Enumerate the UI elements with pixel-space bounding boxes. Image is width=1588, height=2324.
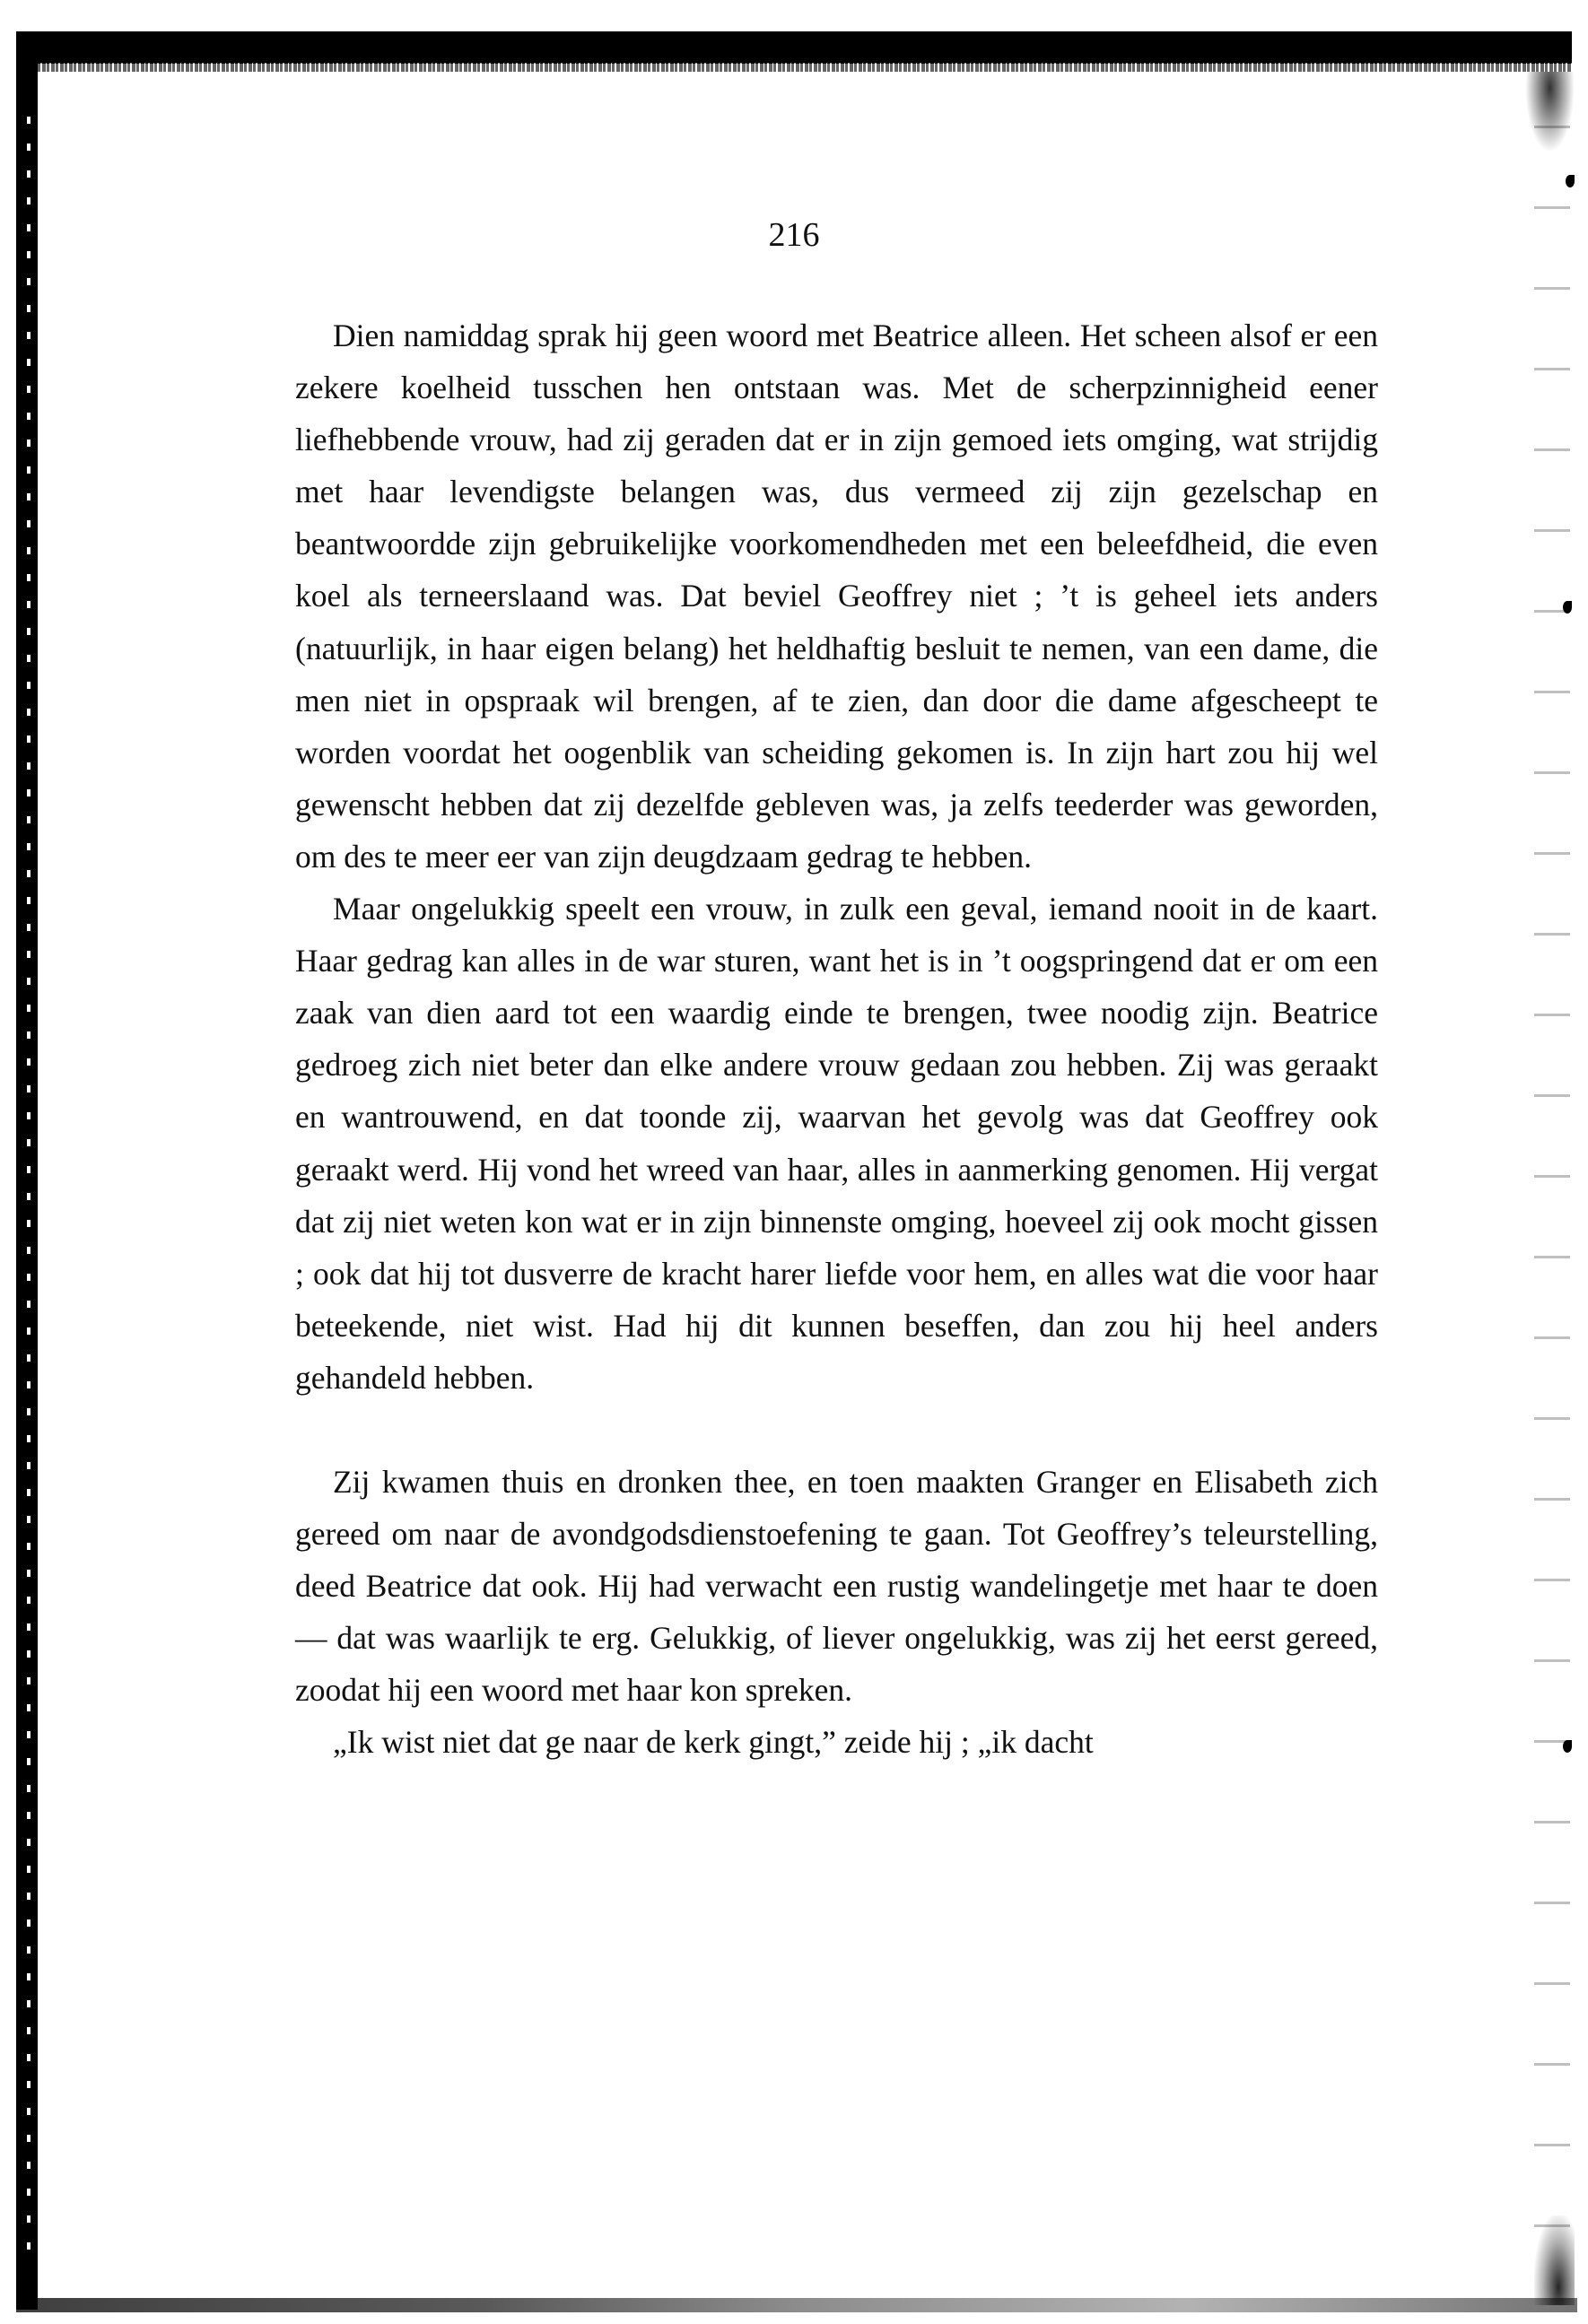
scan-border-top: [16, 31, 1572, 64]
paragraph: Maar ongelukkig speelt een vrouw, in zul…: [295, 883, 1378, 1404]
scan-noise-right: [1534, 90, 1570, 2305]
scan-corner-smudge-bottom: [1534, 2215, 1575, 2305]
margin-mark: [1563, 1740, 1572, 1753]
scan-border-top-edge: [38, 63, 1572, 72]
paragraph: Zij kwamen thuis en dronken thee, en toe…: [295, 1456, 1378, 1716]
margin-mark: [1563, 601, 1572, 614]
paragraph: Dien namiddag sprak hij geen woord met B…: [295, 309, 1378, 883]
margin-mark: [1566, 175, 1575, 187]
section-break: [295, 1404, 1378, 1456]
scan-border-bottom: [16, 2298, 1577, 2312]
paragraph: „Ik wist niet dat ge naar de kerk gingt,…: [295, 1716, 1378, 1768]
page-number: 216: [0, 215, 1588, 255]
scan-border-left-inner: [27, 117, 31, 2269]
scan-corner-smudge-top: [1525, 72, 1575, 152]
body-text: Dien namiddag sprak hij geen woord met B…: [295, 309, 1378, 1769]
